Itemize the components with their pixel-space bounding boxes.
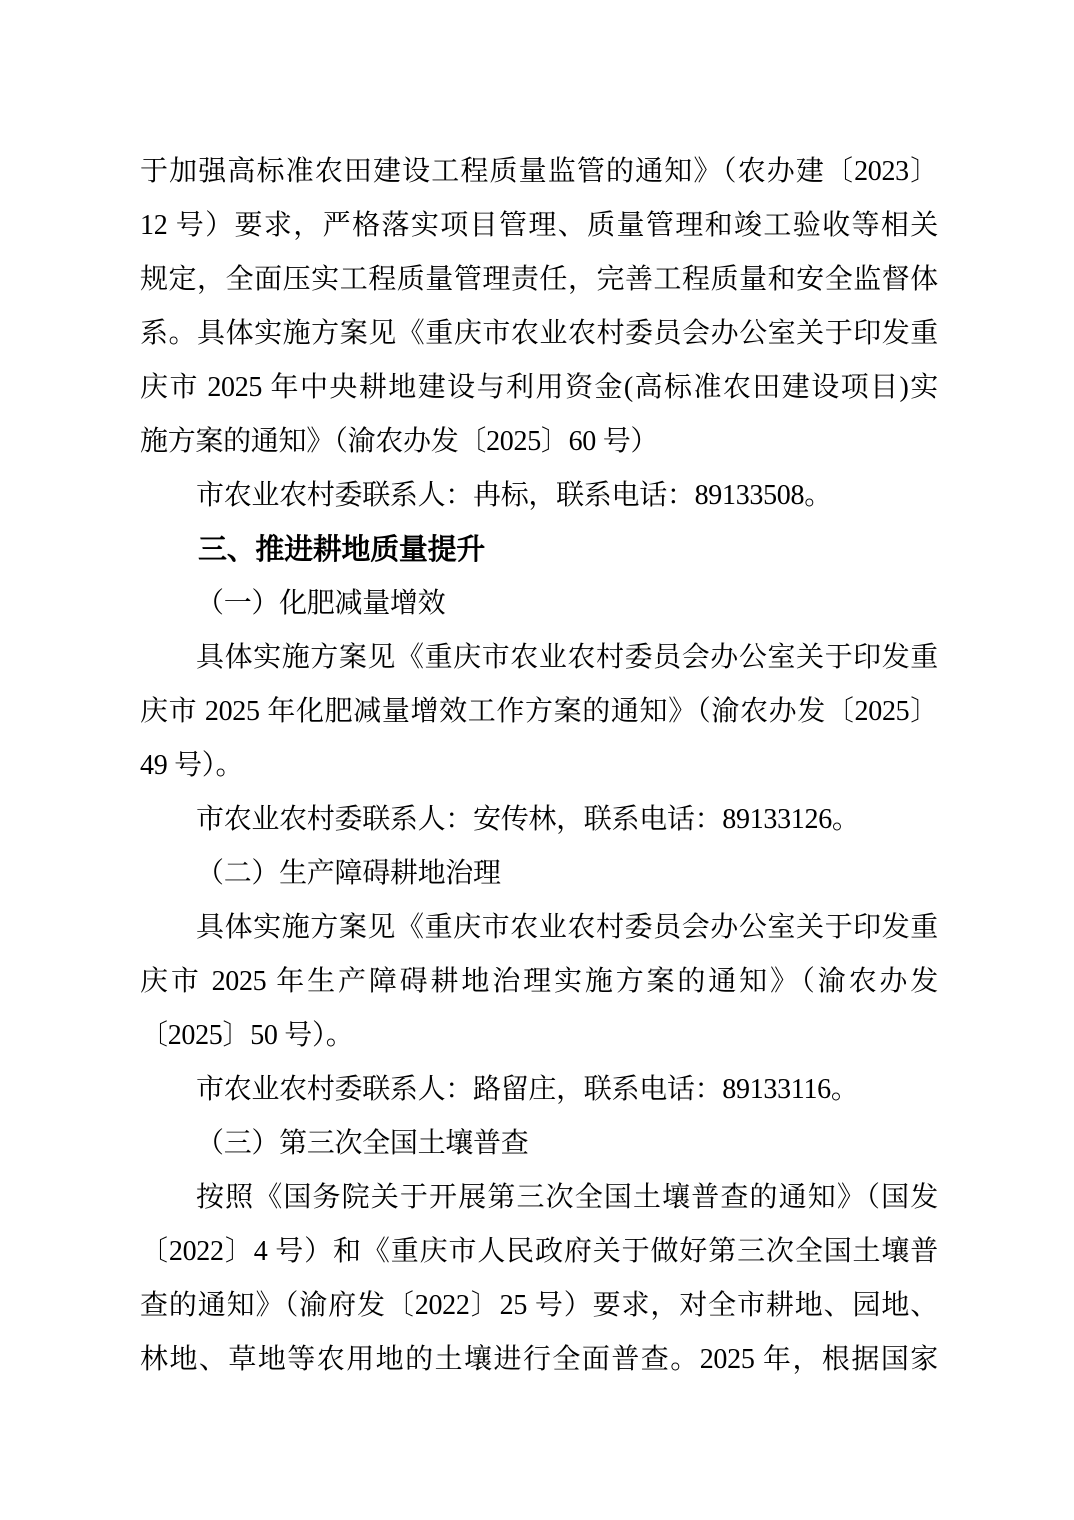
paragraph-line: 具体实施方案见《重庆市农业农村委员会办公室关于印发重 [140,901,938,955]
subsection-heading: （一）化肥减量增效 [140,577,938,631]
paragraph-line: 庆市 2025 年中央耕地建设与利用资金(高标准农田建设项目)实 [140,361,938,415]
paragraph-line: 林地、草地等农用地的土壤进行全面普查。2025 年，根据国家 [140,1333,938,1387]
contact-line: 市农业农村委联系人：路留庄，联系电话：89133116。 [140,1063,938,1117]
paragraph-line: 具体实施方案见《重庆市农业农村委员会办公室关于印发重 [140,631,938,685]
paragraph-line: 施方案的通知》（渝农办发〔2025〕60 号） [140,415,938,469]
paragraph-line: 于加强高标准农田建设工程质量监管的通知》（农办建〔2023〕 [140,145,938,199]
paragraph-line: 〔2025〕50 号）。 [140,1009,938,1063]
contact-line: 市农业农村委联系人：安传林，联系电话：89133126。 [140,793,938,847]
document-page: 于加强高标准农田建设工程质量监管的通知》（农办建〔2023〕 12 号）要求，严… [0,0,1074,1520]
subsection-heading: （二）生产障碍耕地治理 [140,847,938,901]
paragraph-line: 查的通知》（渝府发〔2022〕25 号）要求，对全市耕地、园地、 [140,1279,938,1333]
paragraph-line: 按照《国务院关于开展第三次全国土壤普查的通知》（国发 [140,1171,938,1225]
paragraph-line: 12 号）要求，严格落实项目管理、质量管理和竣工验收等相关 [140,199,938,253]
paragraph-line: 规定，全面压实工程质量管理责任，完善工程质量和安全监督体 [140,253,938,307]
paragraph-line: 49 号）。 [140,739,938,793]
paragraph-line: 〔2022〕4 号）和《重庆市人民政府关于做好第三次全国土壤普 [140,1225,938,1279]
section-heading: 三、推进耕地质量提升 [140,523,938,577]
subsection-heading: （三）第三次全国土壤普查 [140,1117,938,1171]
paragraph-line: 庆市 2025 年化肥减量增效工作方案的通知》（渝农办发〔2025〕 [140,685,938,739]
paragraph-line: 系。具体实施方案见《重庆市农业农村委员会办公室关于印发重 [140,307,938,361]
contact-line: 市农业农村委联系人：冉标，联系电话：89133508。 [140,469,938,523]
paragraph-line: 庆市 2025 年生产障碍耕地治理实施方案的通知》（渝农办发 [140,955,938,1009]
page-content: 于加强高标准农田建设工程质量监管的通知》（农办建〔2023〕 12 号）要求，严… [140,145,938,1387]
